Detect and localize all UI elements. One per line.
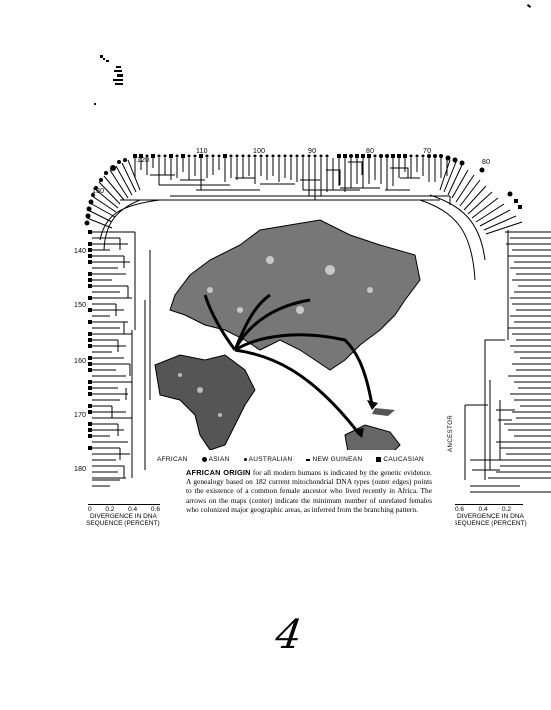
top-tick-label: 100 [253, 148, 265, 155]
legend-item-african: AFRICAN [155, 456, 188, 463]
top-leaves [120, 158, 450, 205]
scale-tick: 0 [88, 506, 92, 513]
figure-caption: AFRICAN ORIGIN for all modern humans is … [186, 468, 432, 514]
scale-tick: 0.2 [105, 506, 114, 513]
top-tick-label: 80 [366, 148, 374, 155]
eurasia-landmass [170, 220, 420, 370]
caption-lead: AFRICAN ORIGIN [186, 468, 251, 477]
left-tick-label: 130 [92, 188, 104, 195]
top-tick-label: 120 [137, 157, 149, 164]
legend-item-asian: ASIAN [202, 456, 230, 463]
legend-label: AFRICAN [157, 456, 188, 463]
world-map [150, 200, 430, 450]
top-tick-label: 90 [308, 148, 316, 155]
dash-icon [306, 459, 310, 461]
legend-label: CAUCASIAN [383, 456, 424, 463]
scale-label: SEQUENCE (PERCENT) [455, 520, 551, 527]
scale-ticks: 0 0.2 0.4 0.6 [88, 506, 160, 513]
legend: AFRICAN ASIAN AUSTRALIAN NEW GUINEAN CAU… [155, 456, 455, 463]
top-tick-label: 70 [423, 148, 431, 155]
scale-tick: 0.4 [478, 506, 487, 513]
large-dot-icon [202, 457, 207, 462]
legend-label: ASIAN [209, 456, 230, 463]
small-dot-icon [244, 458, 247, 461]
left-tick-label: 150 [74, 302, 86, 309]
scale-axis [88, 498, 160, 505]
left-tick-label: 170 [74, 412, 86, 419]
top-right-label: 80 [482, 159, 490, 166]
left-tick-label: 140 [74, 248, 86, 255]
scale-label: DIVERGENCE IN DNA [90, 513, 160, 520]
scale-tick: 0.6 [151, 506, 160, 513]
scale-axis [455, 498, 523, 505]
divergence-scale-left: 0 0.2 0.4 0.6 DIVERGENCE IN DNA SEQUENCE… [88, 498, 160, 527]
page-number: 4 [273, 612, 305, 658]
right-leaves [465, 230, 551, 480]
scale-tick: 0.4 [128, 506, 137, 513]
scale-tick: 0.6 [455, 506, 464, 513]
top-tick-label: 110 [196, 148, 208, 155]
scale-label: DIVERGENCE IN DNA [457, 513, 551, 520]
new-guinea-landmass [372, 408, 395, 416]
legend-label: NEW GUINEAN [312, 456, 362, 463]
africa-landmass [155, 355, 255, 450]
left-leaves [92, 232, 150, 478]
square-icon [376, 457, 381, 462]
scale-label: SEQUENCE (PERCENT) [86, 520, 160, 527]
legend-label: AUSTRALIAN [249, 456, 293, 463]
divergence-scale-right: 0.6 0.4 0.2 DIVERGENCE IN DNA SEQUENCE (… [455, 498, 551, 527]
ancestor-label: ANCESTOR [448, 415, 454, 452]
legend-item-caucasian: CAUCASIAN [376, 456, 424, 463]
left-tick-label: 180 [74, 466, 86, 473]
scale-tick: 0.2 [502, 506, 511, 513]
left-tick-label: 160 [74, 358, 86, 365]
legend-item-australian: AUSTRALIAN [244, 456, 293, 463]
legend-item-new-guinean: NEW GUINEAN [306, 456, 362, 463]
scale-ticks: 0.6 0.4 0.2 [455, 506, 511, 513]
